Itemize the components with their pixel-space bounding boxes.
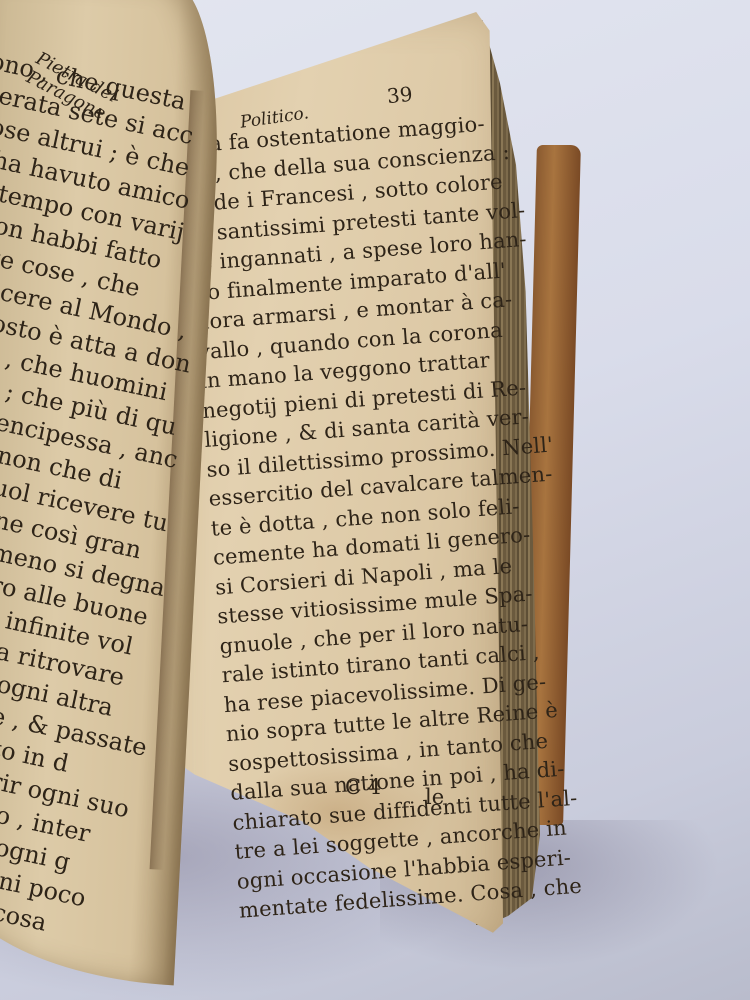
- catchword: le: [425, 785, 444, 809]
- left-page-text: ono , che questa Reina d' derata sete si…: [0, 45, 190, 932]
- left-page-text-area: Pietra del Paragone ono , che questa Rei…: [0, 0, 192, 1000]
- signature-mark: C 4: [345, 775, 381, 799]
- book-photo: 39 Politico. ella fa ostentatione maggio…: [0, 0, 750, 1000]
